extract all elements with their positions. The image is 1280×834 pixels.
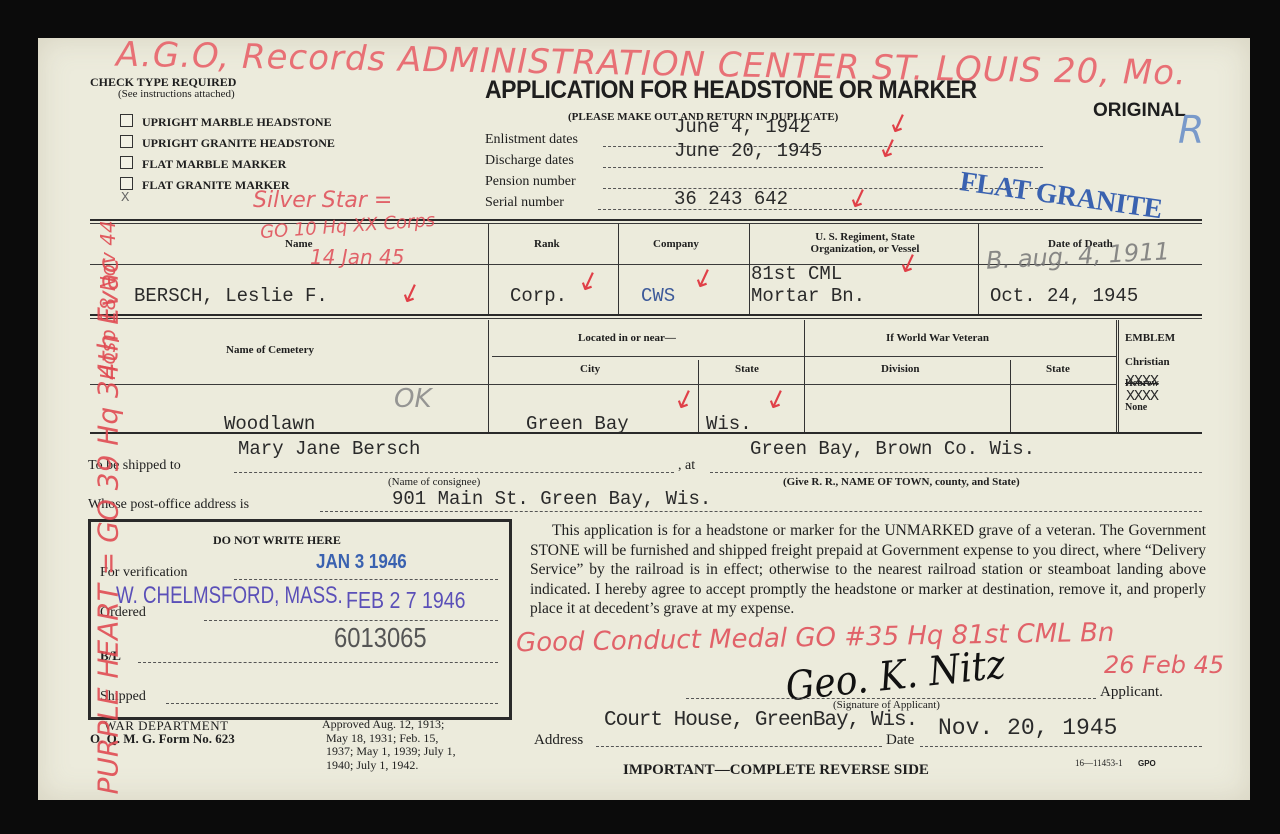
option-flat-marble[interactable]: FLAT MARBLE MARKER xyxy=(120,156,286,172)
consignee-value[interactable]: Mary Jane Bersch xyxy=(238,438,420,460)
header-state: State xyxy=(735,363,759,375)
birth-date-note: B. aug. 4, 1911 xyxy=(985,237,1170,275)
silver-star-annotation: Silver Star = xyxy=(253,188,392,213)
destination-line xyxy=(710,472,1202,473)
col-divider xyxy=(1116,320,1119,432)
check-type-note: (See instructions attached) xyxy=(118,88,235,100)
applicant-label: Applicant. xyxy=(1100,684,1163,701)
ordered-stamp-place: W. CHELMSFORD, MASS. xyxy=(116,582,343,610)
header-company: Company xyxy=(653,238,699,250)
approved-dates: Approved Aug. 12, 1913; May 18, 1931; Fe… xyxy=(322,718,456,772)
col-divider xyxy=(698,360,699,432)
destination-value[interactable]: Green Bay, Brown Co. Wis. xyxy=(750,438,1035,460)
date-value[interactable]: Nov. 20, 1945 xyxy=(938,715,1117,741)
header-cemetery: Name of Cemetery xyxy=(226,344,314,356)
red-check-mark: ↙ xyxy=(762,381,793,417)
cemetery-name[interactable]: Woodlawn xyxy=(224,413,315,435)
row-bottom-rule-2 xyxy=(90,318,1202,319)
header-emblem: EMBLEM xyxy=(1125,332,1175,344)
consignee-line xyxy=(234,472,674,473)
purple-heart-hosp: Hosp 18 Nov 44 xyxy=(96,120,120,480)
address-line xyxy=(596,746,882,747)
silver-star-ref-2: 14 Jan 45 xyxy=(310,245,404,269)
ordered-stamp-date: FEB 2 7 1946 xyxy=(346,587,466,614)
bl-line xyxy=(138,662,498,663)
cemetery-initials: OK xyxy=(394,384,432,414)
serial-value[interactable]: 36 243 642 xyxy=(674,188,788,210)
print-code: 16—11453-1 xyxy=(1075,758,1123,768)
col-divider xyxy=(618,224,619,314)
header-division: Division xyxy=(881,363,920,375)
header-ww-veteran: If World War Veteran xyxy=(886,332,989,344)
checkbox[interactable] xyxy=(120,114,133,127)
soldier-company[interactable]: CWS xyxy=(641,285,675,307)
col-divider xyxy=(488,224,489,314)
headstone-application-card: A.G.O, Records ADMINISTRATION CENTER ST.… xyxy=(38,38,1250,800)
col-divider xyxy=(1010,360,1011,432)
enlistment-line xyxy=(603,146,1043,147)
corner-initial: R xyxy=(1178,108,1204,152)
col-divider xyxy=(978,224,979,314)
discharge-label: Discharge dates xyxy=(485,153,574,169)
checkbox[interactable] xyxy=(120,135,133,148)
table-top-rule xyxy=(90,219,1202,221)
red-check-mark: ↙ xyxy=(844,180,875,216)
important-notice: IMPORTANT—COMPLETE REVERSE SIDE xyxy=(623,762,929,779)
soldier-rank[interactable]: Corp. xyxy=(510,285,567,307)
serial-line xyxy=(598,209,1043,210)
good-conduct-date: 26 Feb 45 xyxy=(1104,651,1224,679)
table-top-rule-2 xyxy=(90,223,1202,224)
soldier-regiment[interactable]: 81st CMLMortar Bn. xyxy=(751,263,865,307)
verification-line xyxy=(234,579,498,580)
red-check-mark: ↙ xyxy=(689,260,720,296)
cemetery-city[interactable]: Green Bay xyxy=(526,413,629,435)
emblem-none[interactable]: None xyxy=(1125,402,1147,413)
header-city: City xyxy=(580,363,600,375)
subheader-rule xyxy=(492,356,1116,357)
po-address-value[interactable]: 901 Main St. Green Bay, Wis. xyxy=(392,488,711,510)
date-line xyxy=(920,746,1202,747)
address-value[interactable]: Court House, GreenBay, Wis. xyxy=(604,709,917,732)
header-located: Located in or near— xyxy=(578,332,676,344)
discharge-value[interactable]: June 20, 1945 xyxy=(674,140,822,162)
form-title: APPLICATION FOR HEADSTONE OR MARKER xyxy=(485,76,977,105)
header-rule xyxy=(90,384,1116,385)
header-rank: Rank xyxy=(534,238,560,250)
office-heading: DO NOT WRITE HERE xyxy=(213,533,341,548)
good-conduct-annotation: Good Conduct Medal GO #35 Hq 81st CML Bn xyxy=(516,618,1115,658)
pension-label: Pension number xyxy=(485,174,576,190)
flat-granite-stamp: FLAT GRANITE xyxy=(958,166,1164,226)
enlistment-label: Enlistment dates xyxy=(485,132,578,148)
date-label: Date xyxy=(886,732,914,749)
option-upright-granite[interactable]: UPRIGHT GRANITE HEADSTONE xyxy=(120,135,335,151)
emblem-christian[interactable]: Christian xyxy=(1125,356,1170,368)
shipped-line xyxy=(166,703,498,704)
date-of-death[interactable]: Oct. 24, 1945 xyxy=(990,285,1138,307)
red-check-mark: ↙ xyxy=(574,263,605,299)
row-bottom-rule xyxy=(90,314,1202,316)
printer-mark: GPO xyxy=(1138,759,1156,768)
col-divider xyxy=(488,320,489,432)
soldier-name[interactable]: BERSCH, Leslie F. xyxy=(134,285,328,307)
address-label: Address xyxy=(534,732,583,749)
option-upright-marble[interactable]: UPRIGHT MARBLE HEADSTONE xyxy=(120,114,332,130)
ordered-line xyxy=(204,620,498,621)
consignee-note: (Name of consignee) xyxy=(388,476,480,488)
at-label: , at xyxy=(678,458,695,474)
order-number: 6013065 xyxy=(334,622,427,654)
header-ww-state: State xyxy=(1046,363,1070,375)
red-check-mark: ↙ xyxy=(396,275,427,311)
serial-label: Serial number xyxy=(485,195,564,211)
po-address-line xyxy=(320,511,1202,512)
header-regiment: U. S. Regiment, StateOrganization, or Ve… xyxy=(790,231,940,255)
destination-note: (Give R. R., NAME OF TOWN, county, and S… xyxy=(783,476,1020,488)
red-check-mark: ↙ xyxy=(670,381,701,417)
original-label: ORIGINAL xyxy=(1093,100,1186,122)
silver-star-ref-1: GO 10 Hq XX Corps xyxy=(259,210,435,243)
col-divider xyxy=(749,224,750,314)
agreement-text: This application is for a headstone or m… xyxy=(530,521,1206,619)
col-divider xyxy=(804,320,805,432)
cemetery-state[interactable]: Wis. xyxy=(706,413,752,435)
verification-stamp: JAN 3 1946 xyxy=(316,551,407,574)
enlistment-value[interactable]: June 4, 1942 xyxy=(674,116,811,138)
